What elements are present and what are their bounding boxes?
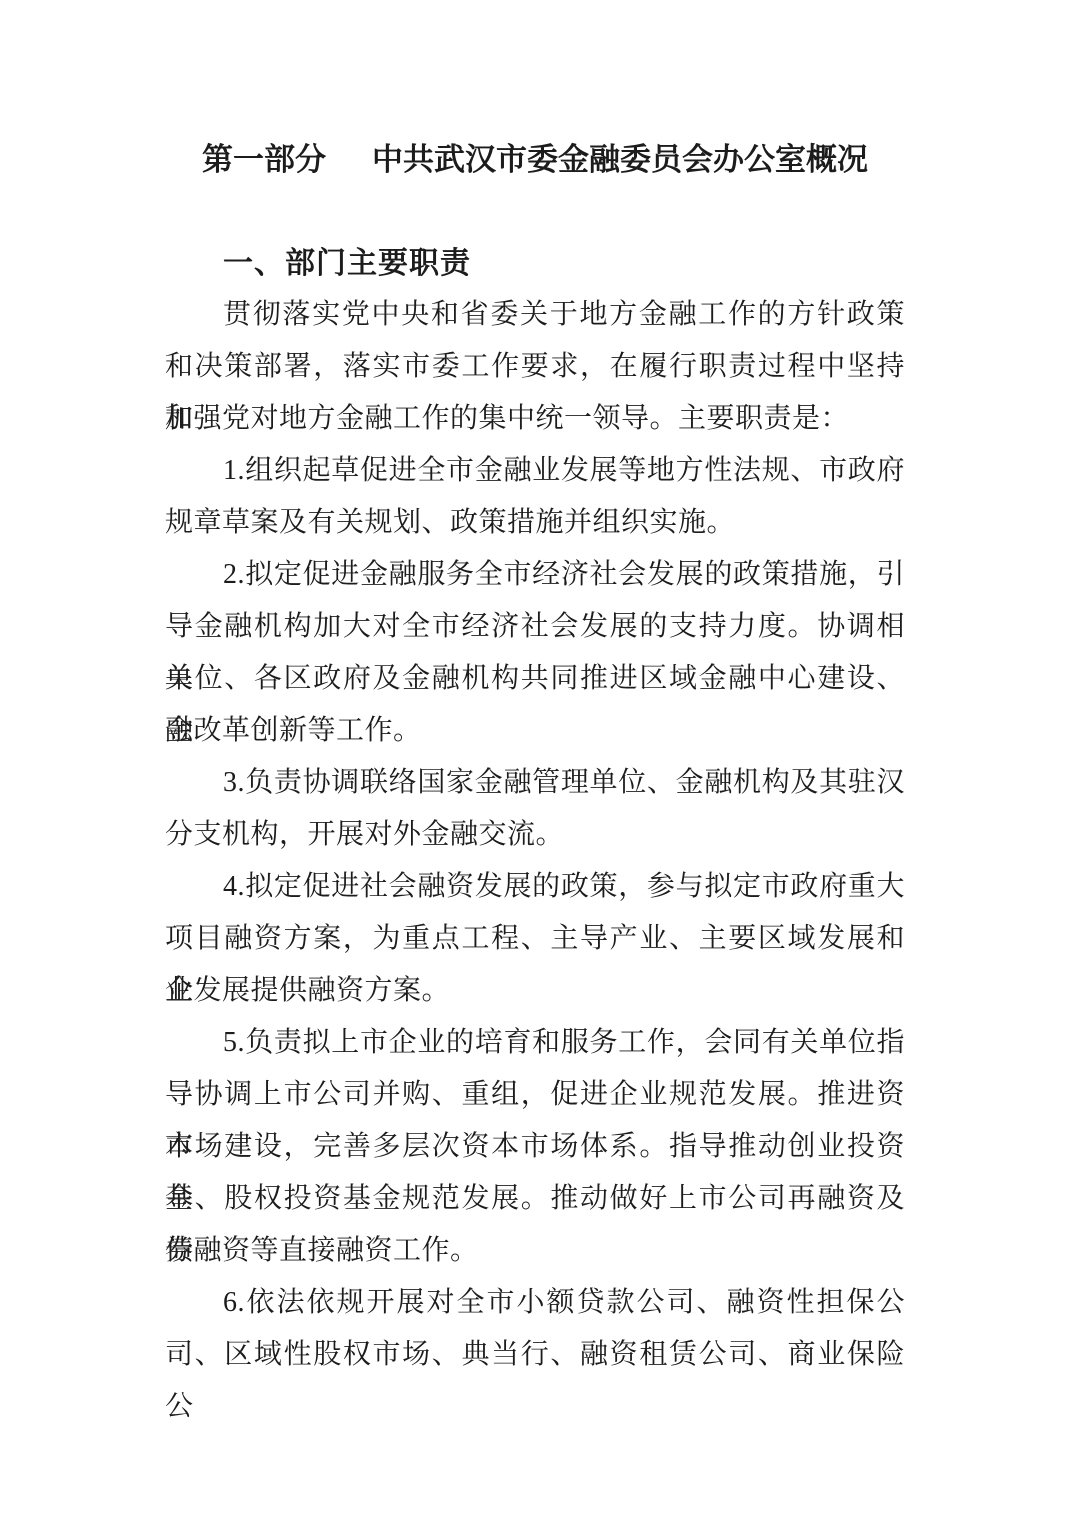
- body-line: 导协调上市公司并购、重组，促进企业规范发展。推进资本: [165, 1069, 905, 1121]
- document-title: 第一部分中共武汉市委金融委员会办公室概况: [165, 0, 905, 179]
- body-line: 规章草案及有关规划、政策措施并组织实施。: [165, 497, 905, 549]
- body-line: 和决策部署，落实市委工作要求，在履行职责过程中坚持和: [165, 341, 905, 393]
- body-line: 司、区域性股权市场、典当行、融资租赁公司、商业保险公: [165, 1329, 905, 1381]
- body-line: 1.组织起草促进全市金融业发展等地方性法规、市政府: [165, 445, 905, 497]
- body-line: 业发展提供融资方案。: [165, 965, 905, 1017]
- document-title-part: 第一部分: [202, 142, 326, 177]
- section-heading: 一、部门主要职责: [165, 248, 905, 280]
- body-line: 6.依法依规开展对全市小额贷款公司、融资性担保公: [165, 1277, 905, 1329]
- body-line: 5.负责拟上市企业的培育和服务工作，会同有关单位指: [165, 1017, 905, 1069]
- body-line: 项目融资方案，为重点工程、主导产业、主要区域发展和企: [165, 913, 905, 965]
- body-line: 市场建设，完善多层次资本市场体系。指导推动创业投资基: [165, 1121, 905, 1173]
- body-line: 单位、各区政府及金融机构共同推进区域金融中心建设、金: [165, 653, 905, 705]
- body-line: 金、股权投资基金规范发展。推动做好上市公司再融资及债: [165, 1173, 905, 1225]
- body-line: 分支机构，开展对外金融交流。: [165, 809, 905, 861]
- document-page: 第一部分中共武汉市委金融委员会办公室概况 一、部门主要职责 贯彻落实党中央和省委…: [0, 0, 1074, 1520]
- body-line: 导金融机构加大对全市经济社会发展的支持力度。协调相关: [165, 601, 905, 653]
- body-line: 4.拟定促进社会融资发展的政策，参与拟定市政府重大: [165, 861, 905, 913]
- body-line: 贯彻落实党中央和省委关于地方金融工作的方针政策: [165, 289, 905, 341]
- document-title-main: 中共武汉市委金融委员会办公室概况: [372, 142, 868, 177]
- body-line: 加强党对地方金融工作的集中统一领导。主要职责是：: [165, 393, 905, 445]
- body-line: 2.拟定促进金融服务全市经济社会发展的政策措施，引: [165, 549, 905, 601]
- body-line: 3.负责协调联络国家金融管理单位、金融机构及其驻汉: [165, 757, 905, 809]
- body-line: 融改革创新等工作。: [165, 705, 905, 757]
- body-line: 券融资等直接融资工作。: [165, 1225, 905, 1277]
- body-text: 贯彻落实党中央和省委关于地方金融工作的方针政策和决策部署，落实市委工作要求，在履…: [165, 289, 905, 1381]
